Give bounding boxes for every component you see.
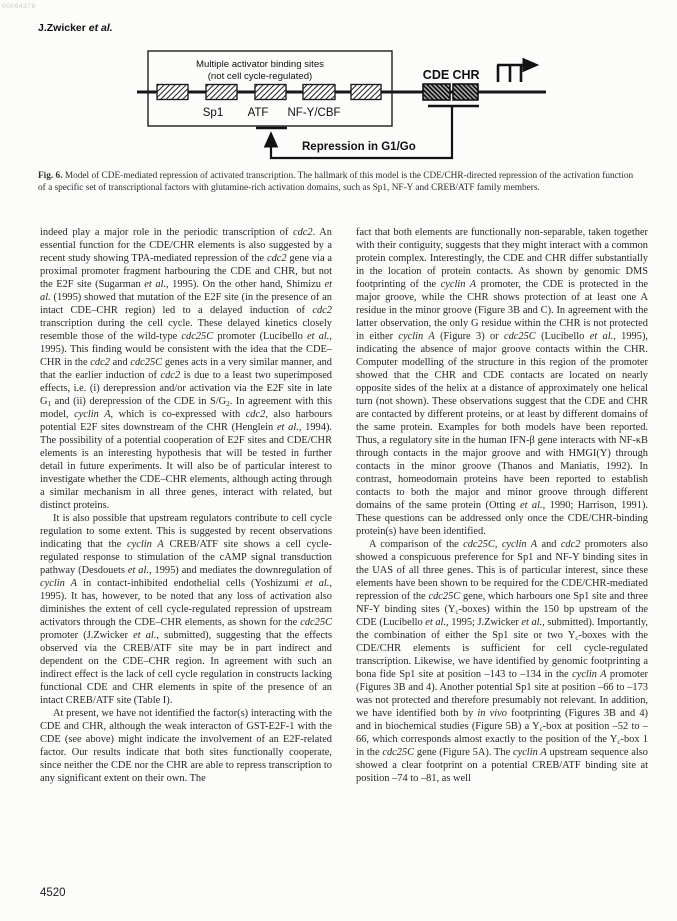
cde-label: CDE	[423, 68, 449, 82]
figure-caption: Fig. 6. Model of CDE-mediated repression…	[38, 171, 642, 194]
page-number: 4520	[40, 887, 66, 899]
chr-element-rect	[453, 84, 478, 100]
body-paragraph: At present, we have not identified the f…	[40, 707, 332, 785]
repression-label: Repression in G1/Go	[302, 141, 416, 153]
journal-page: 00064378 J.Zwicker et al. Multiple activ…	[0, 0, 677, 921]
body-paragraph: indeed play a major role in the periodic…	[40, 226, 332, 512]
body-paragraph: It is also possible that upstream regula…	[40, 512, 332, 707]
atf-label: ATF	[248, 107, 269, 119]
running-head: J.Zwicker et al.	[38, 22, 113, 34]
cde-element-rect	[423, 84, 450, 100]
sp1-label: Sp1	[203, 107, 223, 119]
figure-6-diagram: Multiple activator binding sites (not ce…	[0, 40, 677, 170]
column-right: fact that both elements are functionally…	[356, 226, 648, 785]
column-left: indeed play a major role in the periodic…	[40, 226, 332, 785]
body-paragraph: A comparison of the cdc25C, cyclin A and…	[356, 538, 648, 785]
activator-box-title-line1: Multiple activator binding sites	[196, 59, 324, 70]
body-paragraph: fact that both elements are functionally…	[356, 226, 648, 538]
chr-label: CHR	[452, 68, 479, 82]
nfy-cbf-label: NF-Y/CBF	[287, 107, 340, 119]
activator-box-title-line2: (not cell cycle-regulated)	[208, 71, 313, 82]
transcription-start-icon	[497, 59, 538, 83]
repression-block-arrow	[256, 128, 287, 147]
scan-artifact-number: 00064378	[2, 3, 36, 10]
text-columns: indeed play a major role in the periodic…	[40, 226, 648, 785]
